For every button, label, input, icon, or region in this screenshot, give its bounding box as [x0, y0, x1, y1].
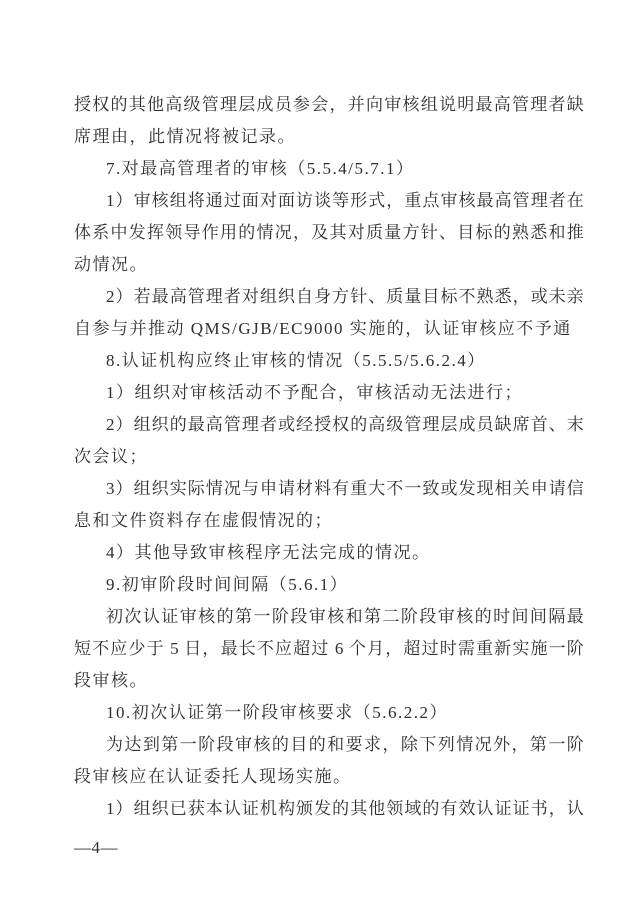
- text-line: 次会议；: [74, 441, 584, 473]
- text-line: 短不应少于 5 日，最长不应超过 6 个月，超过时需重新实施一阶: [74, 633, 584, 665]
- text-line: 动情况。: [74, 249, 584, 281]
- text-line: 息和文件资料存在虚假情况的；: [74, 505, 584, 537]
- text-line: 2）若最高管理者对组织自身方针、质量目标不熟悉，或未亲: [74, 281, 584, 313]
- text-line: 4）其他导致审核程序无法完成的情况。: [74, 537, 584, 569]
- text-line: 段审核应在认证委托人现场实施。: [74, 761, 584, 793]
- document-body: 授权的其他高级管理层成员参会，并向审核组说明最高管理者缺席理由，此情况将被记录。…: [74, 89, 584, 825]
- text-line: 2）组织的最高管理者或经授权的高级管理层成员缺席首、末: [74, 409, 584, 441]
- text-line: 席理由，此情况将被记录。: [74, 121, 584, 153]
- text-line: 体系中发挥领导作用的情况，及其对质量方针、目标的熟悉和推: [74, 217, 584, 249]
- text-line: 自参与并推动 QMS/GJB/EC9000 实施的，认证审核应不予通过。: [74, 313, 584, 345]
- text-line: 授权的其他高级管理层成员参会，并向审核组说明最高管理者缺: [74, 89, 584, 121]
- text-line: 1）审核组将通过面对面访谈等形式，重点审核最高管理者在: [74, 185, 584, 217]
- text-line: 8.认证机构应终止审核的情况（5.5.5/5.6.2.4）: [74, 345, 584, 377]
- document-page: 授权的其他高级管理层成员参会，并向审核组说明最高管理者缺席理由，此情况将被记录。…: [0, 0, 640, 905]
- page-number: —4—: [74, 834, 118, 862]
- text-line: 为达到第一阶段审核的目的和要求，除下列情况外，第一阶: [74, 729, 584, 761]
- text-line: 9.初审阶段时间间隔（5.6.1）: [74, 569, 584, 601]
- text-line: 段审核。: [74, 665, 584, 697]
- text-line: 10.初次认证第一阶段审核要求（5.6.2.2）: [74, 697, 584, 729]
- text-line: 初次认证审核的第一阶段审核和第二阶段审核的时间间隔最: [74, 601, 584, 633]
- text-line: 1）组织对审核活动不予配合，审核活动无法进行；: [74, 377, 584, 409]
- text-line: 7.对最高管理者的审核（5.5.4/5.7.1）: [74, 153, 584, 185]
- text-line: 3）组织实际情况与申请材料有重大不一致或发现相关申请信: [74, 473, 584, 505]
- text-line: 1）组织已获本认证机构颁发的其他领域的有效认证证书，认: [74, 793, 584, 825]
